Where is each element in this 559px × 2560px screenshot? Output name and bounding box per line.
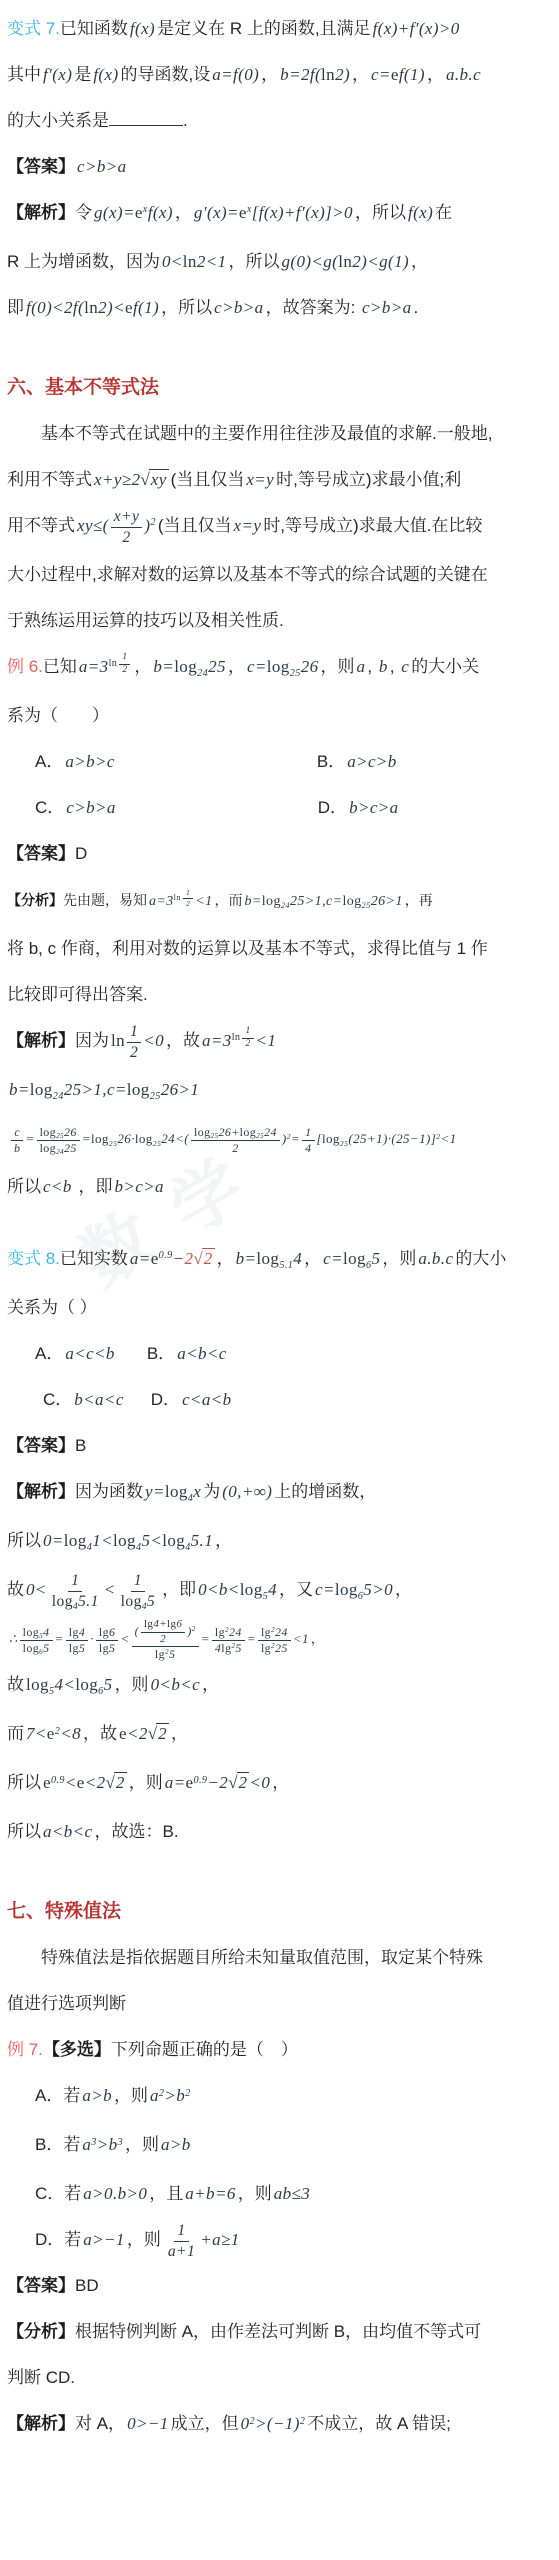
fraction-denominator: 4lg25 <box>212 1641 245 1656</box>
superscript: 3 <box>91 2137 97 2148</box>
subscript: 6 <box>39 1648 43 1656</box>
fraction-denominator: 2 <box>242 1039 253 1051</box>
math-fragment: a.b.c <box>416 1249 455 1268</box>
fraction-numerator: 1 <box>242 1026 253 1039</box>
radical-sign-icon: √ <box>140 470 148 489</box>
math-fragment: y=log4x <box>143 1482 203 1501</box>
radicand: 2 <box>156 1723 169 1743</box>
roman-text: log <box>240 1580 263 1599</box>
superscript: x <box>247 204 252 215</box>
bracket-bold-label: 【解析】 <box>7 1482 75 1501</box>
math-fragment: a<b<c <box>41 1822 95 1841</box>
variation-8-line-5: 【答案】B <box>7 1423 553 1469</box>
roman-text: lg <box>144 1618 153 1630</box>
roman-text: log <box>52 1593 73 1610</box>
math-fragment: 0=log41<log45<log45.1 <box>41 1531 215 1550</box>
math-fragment: f(x) <box>406 203 435 222</box>
math-fragment: b=2f(ln2) <box>278 65 352 84</box>
sqrt-expression: √2 <box>193 1248 214 1268</box>
section-six-heading-line-1: 六、基本不等式法 <box>7 365 553 411</box>
roman-text: log <box>335 1580 358 1599</box>
spacer <box>7 2100 35 2101</box>
superscript: 2 <box>231 1642 235 1650</box>
bracket-bold-label: 【答案】 <box>7 2276 75 2295</box>
roman-text: ln <box>109 658 118 669</box>
method-seven-intro-line-2: 值进行选项判断 <box>7 1981 553 2027</box>
example-6-line-3: A．a>b>cB．a>c>b <box>7 739 553 785</box>
spacer <box>7 812 35 813</box>
roman-text: e <box>391 65 399 84</box>
math-fragment: f(x) <box>128 19 157 38</box>
spacer <box>117 1358 147 1359</box>
roman-text: lg <box>69 1641 79 1655</box>
roman-text: e <box>43 1773 51 1792</box>
variation-7-line-5: 【解析】令g(x)=exf(x)，g′(x)=ex[f(x)+f′(x)]>0，… <box>7 190 553 239</box>
fraction-numerator: lg224 <box>212 1625 245 1641</box>
radicand: xy <box>149 469 169 489</box>
roman-text: log <box>165 1482 188 1501</box>
math-fragment: a=3ln12 <box>77 657 135 676</box>
subscript: 25 <box>290 668 301 679</box>
method-six-intro-line-5: 于熟练运用运算的技巧以及相关性质. <box>7 598 553 644</box>
roman-text: lg <box>215 1625 225 1639</box>
roman-text: ln <box>232 1032 241 1043</box>
math-fragment: 0<1log45.1<1log45 <box>24 1580 162 1599</box>
roman-text: log <box>174 657 197 676</box>
variation-7-line-4: 【答案】c>b>a <box>7 144 553 190</box>
superscript: 0.9 <box>51 1775 65 1786</box>
subscript: 4 <box>87 1542 93 1553</box>
fraction-numerator: 1 <box>68 1571 82 1592</box>
sqrt-expression: √2 <box>106 1772 127 1792</box>
fraction-numerator: log2526+log2524 <box>191 1125 280 1141</box>
example-label: 例 6. <box>7 657 43 676</box>
math-fragment: c=ef(1) <box>369 65 427 84</box>
roman-text: e <box>135 203 143 222</box>
math-fragment: a<c<b <box>63 1344 117 1363</box>
fraction: log2526+log25242 <box>191 1125 280 1156</box>
roman-text: log <box>262 894 281 909</box>
fraction: lg4+lg62 <box>141 1618 185 1647</box>
fraction: 12 <box>127 1022 141 1062</box>
roman-text: e <box>47 1724 55 1743</box>
spacer <box>7 1404 43 1405</box>
variation-8-line-1: 变式 8.已知实数a=e0.9−2√2，b=log5.14，c=log65，则a… <box>7 1236 553 1285</box>
fraction-denominator: 4 <box>302 1141 314 1156</box>
roman-text: log <box>91 1131 109 1146</box>
math-fragment: c>b>a <box>212 298 266 317</box>
subscript: 5 <box>49 1686 55 1697</box>
example-7-line-2: A．若a>b，则a2>b2 <box>7 2073 553 2122</box>
variation-8: 变式 8.已知实数a=e0.9−2√2，b=log5.14，c=log65，则a… <box>7 1236 553 1855</box>
fraction-denominator: 2 <box>183 899 193 909</box>
radicand: 2 <box>114 1772 127 1792</box>
example-6-line-12: 所以c<b ，即b>c>a <box>7 1164 553 1210</box>
roman-text: log <box>127 1080 150 1099</box>
roman-text: log <box>322 1131 340 1146</box>
bracket-bold-label: 【解析】 <box>7 203 75 222</box>
red-highlight: 2√2 <box>184 1248 214 1268</box>
document-page: 数学 变式 7.已知函数f(x)是定义在 R 上的函数,且满足f(x)+f′(x… <box>0 0 559 2560</box>
bracket-bold-label: 【多选】 <box>43 2040 111 2059</box>
spacer <box>7 766 35 767</box>
fraction-denominator: 2 <box>229 1141 241 1156</box>
subscript: 25 <box>340 1139 349 1148</box>
fraction: cb <box>11 1125 23 1156</box>
superscript: 2 <box>225 1626 229 1634</box>
roman-text: log <box>162 1531 185 1550</box>
math-fragment: b=log2425>1,c=log2526>1 <box>7 1080 201 1099</box>
roman-text: lg <box>167 1618 176 1630</box>
fraction-denominator: log45.1 <box>49 1592 102 1612</box>
math-fragment: a=3ln12<1 <box>200 1031 278 1050</box>
math-fragment: g(0)<g(ln2)<g(1) <box>279 252 411 271</box>
fraction-numerator: 1 <box>302 1125 314 1141</box>
variation-8-line-11: 而7<e2<8，故e<2√2， <box>7 1711 553 1760</box>
fraction-numerator: lg6 <box>96 1625 119 1641</box>
roman-text: lg <box>155 1647 165 1661</box>
math-fragment: a=f(0) <box>210 65 261 84</box>
subscript: 25 <box>153 1139 162 1148</box>
spacer <box>126 1404 151 1405</box>
fraction: log2526log2425 <box>37 1125 80 1156</box>
variation-7-line-6: R 上为增函数，因为0<ln2<1，所以g(0)<g(ln2)<g(1)， <box>7 239 553 285</box>
example-7: 例 7.【多选】下列命题正确的是（ ）A．若a>b，则a2>b2B．若a3>b3… <box>7 2027 553 2450</box>
method-seven-intro-line-1: 特殊值法是指依据题目所给未知量取值范围，取定某个特殊 <box>7 1935 553 1981</box>
spacer <box>7 2244 35 2245</box>
math-fragment: 0>−1 <box>125 2414 171 2433</box>
subscript: 6 <box>98 1686 104 1697</box>
radical-sign-icon: √ <box>228 1773 236 1792</box>
fraction-denominator: log65 <box>20 1641 53 1656</box>
math-fragment: b>c>a <box>112 1177 166 1196</box>
roman-text: log <box>113 1531 136 1550</box>
example-7-line-5: D．若a>−1，则1a+1+a≥1 <box>7 2217 553 2263</box>
math-fragment: xy≤(x+y2)2 <box>75 516 158 535</box>
roman-text: log <box>40 1141 56 1155</box>
example-6-line-1: 例 6.已知a=3ln12，b=log2425，c=log2526，则a, b,… <box>7 644 553 693</box>
subscript: 6 <box>366 1260 372 1271</box>
fraction: 1log45 <box>118 1571 158 1611</box>
math-fragment: a3>b3 <box>80 2135 125 2154</box>
math-fragment: cb=log2526log2425=log2526·log2524<(log25… <box>7 1131 459 1146</box>
roman-text: log <box>240 1125 256 1139</box>
roman-text: e <box>151 1249 159 1268</box>
math-fragment: a>c>b <box>345 752 399 771</box>
example-7-line-9: 【解析】对 A，0>−1成立，但02>(−1)2不成立，故 A 错误; <box>7 2401 553 2450</box>
math-fragment: f(x)+f′(x)>0 <box>371 19 462 38</box>
roman-text: ln <box>183 252 197 271</box>
fraction: lg4lg5 <box>66 1625 89 1656</box>
superscript: 2 <box>55 1726 61 1737</box>
math-fragment: b>c>a <box>347 798 401 817</box>
superscript: 3 <box>118 2137 124 2148</box>
superscript: x <box>143 204 148 215</box>
example-6-line-11: cb=log2526log2425=log2526·log2524<(log25… <box>7 1116 553 1164</box>
subscript: 4 <box>185 1542 191 1553</box>
math-fragment: ∴log54log65=lg4lg5·lg6lg5<(lg4+lg62)2lg2… <box>7 1631 311 1646</box>
fraction-numerator: 1 <box>119 652 130 665</box>
subscript: 24 <box>197 668 208 679</box>
superscript: 2 <box>271 1626 275 1634</box>
subscript: 25 <box>256 1132 264 1140</box>
fraction-numerator: 1 <box>131 1571 145 1592</box>
roman-text: log <box>267 657 290 676</box>
bracket-bold-label: 【分析】 <box>7 892 63 908</box>
fraction-denominator: log2425 <box>37 1141 80 1156</box>
math-fragment: x=y <box>244 470 276 489</box>
document-content: 变式 7.已知函数f(x)是定义在 R 上的函数,且满足f(x)+f′(x)>0… <box>7 6 553 2450</box>
variation-8-line-12: 所以e0.9<e<2√2，则a=e0.9−2√2<0， <box>7 1760 553 1809</box>
math-fragment: f(x) <box>91 65 120 84</box>
fraction-denominator: a+1 <box>165 2242 198 2262</box>
math-fragment: a>−1 <box>81 2230 127 2249</box>
superscript: ln12 <box>109 658 133 669</box>
fraction: 12 <box>183 888 193 908</box>
example-7-line-7: 【分析】根据特例判断 A，由作差法可判断 B，由均值不等式可 <box>7 2309 553 2355</box>
roman-text: ln <box>84 298 98 317</box>
method-six-intro-line-1: 基本不等式在试题中的主要作用往往涉及最值的求解.一般地, <box>7 411 553 457</box>
roman-text: lg <box>261 1641 271 1655</box>
fraction: (lg4+lg62)2lg25 <box>132 1618 199 1662</box>
sqrt-expression: √xy <box>140 469 168 489</box>
fraction-numerator: c <box>11 1125 23 1141</box>
example-6-line-5: 【答案】D <box>7 831 553 877</box>
superscript: 2 <box>250 2416 256 2427</box>
roman-text: log <box>135 1131 153 1146</box>
fraction-denominator: lg5 <box>66 1641 89 1656</box>
fraction-denominator: 2 <box>157 1633 169 1647</box>
math-fragment: 0<b<c <box>149 1675 203 1694</box>
variation-8-line-6: 【解析】因为函数y=log4x为(0,+∞)上的增函数， <box>7 1469 553 1518</box>
math-fragment: ln12<0 <box>109 1031 166 1050</box>
superscript: 0.9 <box>193 1775 207 1786</box>
subscript: 4 <box>142 1602 147 1612</box>
roman-text: lg <box>261 1625 271 1639</box>
math-fragment: a=e0.9−2√2 <box>128 1249 217 1268</box>
subscript: 5.1 <box>279 1260 293 1271</box>
example-6-line-2: 系为（ ） <box>7 693 553 739</box>
math-fragment: a=e0.9−2√2<0 <box>163 1773 272 1792</box>
math-fragment: e<2√2 <box>117 1724 171 1743</box>
sqrt-expression: √2 <box>148 1723 169 1743</box>
fraction: log54log65 <box>20 1625 53 1656</box>
fraction-numerator: log2526 <box>37 1125 80 1141</box>
bracket-bold-label: 【分析】 <box>7 2322 75 2341</box>
method-seven-intro: 特殊值法是指依据题目所给未知量取值范围，取定某个特殊值进行选项判断 <box>7 1935 553 2027</box>
superscript: ln12 <box>174 893 196 902</box>
roman-text: log <box>26 1675 49 1694</box>
subscript: 4 <box>73 1602 78 1612</box>
subscript: 24 <box>56 1148 64 1156</box>
method-six-intro-line-4: 大小过程中,求解对数的运算以及基本不等式的综合试题的关键在 <box>7 552 553 598</box>
fraction-denominator: 2 <box>119 528 133 548</box>
fraction: 14 <box>302 1125 314 1156</box>
fraction: lg6lg5 <box>96 1625 119 1656</box>
math-fragment: c=log2526 <box>245 657 321 676</box>
math-fragment: g′(x)=ex[f(x)+f′(x)]>0 <box>192 203 355 222</box>
math-fragment: 7<e2<8 <box>24 1724 83 1743</box>
example-7-line-1: 例 7.【多选】下列命题正确的是（ ） <box>7 2027 553 2073</box>
roman-text: log <box>342 894 361 909</box>
radicand: 2 <box>237 1772 250 1792</box>
superscript: 2 <box>165 1648 169 1656</box>
method-six-intro: 基本不等式在试题中的主要作用往往涉及最值的求解.一般地,利用不等式x+y≥2√x… <box>7 411 553 644</box>
math-fragment: e0.9<e<2√2 <box>41 1773 129 1792</box>
superscript: 0.9 <box>159 1250 173 1261</box>
subscript: 25 <box>150 1091 161 1102</box>
fraction: lg2244lg25 <box>212 1625 245 1656</box>
variation-label: 变式 7. <box>7 19 60 38</box>
superscript: 2 <box>185 2088 191 2099</box>
subscript: 25 <box>210 1132 218 1140</box>
section-six-heading: 六、基本不等式法 <box>7 365 553 411</box>
math-fragment: c<b <box>41 1177 74 1196</box>
roman-text: log <box>23 1625 39 1639</box>
spacer <box>7 2198 35 2199</box>
math-fragment: a.b.c <box>444 65 483 84</box>
fraction-denominator: 2 <box>119 665 130 677</box>
example-6-line-8: 比较即可得出答案. <box>7 972 553 1018</box>
math-fragment: g(x)=exf(x) <box>92 203 175 222</box>
method-six-intro-line-2: 利用不等式x+y≥2√xy(当且仅当x=y时,等号成立)求最小值;利 <box>7 457 553 503</box>
roman-text: log <box>64 1531 87 1550</box>
fraction-numerator: x+y <box>111 507 143 528</box>
fraction-numerator: lg4 <box>66 1625 89 1641</box>
roman-text: log <box>194 1125 210 1139</box>
radical-sign-icon: √ <box>148 1724 156 1743</box>
math-fragment: a>b>c <box>63 752 117 771</box>
roman-text: log <box>40 1125 56 1139</box>
roman-text: log <box>343 1249 366 1268</box>
fraction-denominator: b <box>11 1141 23 1156</box>
math-fragment: b=log5.14 <box>234 1249 305 1268</box>
variation-7-line-7: 即f(0)<2f(ln2)<ef(1)，所以c>b>a，故答案为: c>b>a. <box>7 285 553 331</box>
superscript: 2 <box>192 1625 196 1633</box>
bracket-bold-label: 【答案】 <box>7 1436 75 1455</box>
superscript: 2 <box>150 517 156 528</box>
superscript: 2 <box>287 1132 291 1141</box>
superscript: 2 <box>436 1132 440 1141</box>
math-fragment: 0<ln2<1 <box>160 252 228 271</box>
example-7-line-4: C．若a>0.b>0，且a+b=6，则ab≤3 <box>7 2171 553 2217</box>
math-fragment: c>b>a <box>360 298 414 317</box>
variation-8-line-10: 故log54<log65，则0<b<c， <box>7 1662 553 1711</box>
fraction: 12 <box>119 652 130 676</box>
example-7-line-6: 【答案】BD <box>7 2263 553 2309</box>
math-fragment: c>b>a <box>75 157 129 176</box>
math-fragment: x=y <box>232 516 264 535</box>
fraction-numerator: log54 <box>20 1625 53 1641</box>
roman-text: e <box>119 1724 127 1743</box>
math-fragment: b <box>377 657 390 676</box>
subscript: 25 <box>362 901 371 910</box>
roman-text: log <box>121 1593 142 1610</box>
fraction-denominator: lg5 <box>96 1641 119 1656</box>
math-fragment: c>b>a <box>64 798 118 817</box>
fraction-denominator: 2 <box>127 1043 141 1063</box>
example-6-line-6: 【分析】先由题，易知a=3ln12<1，而b=log2425>1,c=log25… <box>7 877 553 926</box>
variation-8-line-9: ∴log54log65=lg4lg5·lg6lg5<(lg4+lg62)2lg2… <box>7 1616 553 1662</box>
fraction-denominator: lg25 <box>152 1647 178 1662</box>
spacer <box>118 812 318 813</box>
math-fragment: f′(x) <box>41 65 74 84</box>
fraction-denominator: lg225 <box>258 1641 291 1656</box>
subscript: 6 <box>358 1591 364 1602</box>
fraction-numerator: lg224 <box>258 1625 291 1641</box>
subscript: 4 <box>188 1493 194 1504</box>
bracket-bold-label: 【答案】 <box>7 157 75 176</box>
subscript: 25 <box>109 1139 118 1148</box>
variation-7-line-2: 其中f′(x)是f(x)的导函数,设a=f(0)，b=2f(ln2)，c=ef(… <box>7 52 553 98</box>
subscript: 4 <box>136 1542 142 1553</box>
fraction: 1a+1 <box>165 2221 198 2261</box>
math-fragment: b=log2425 <box>151 657 228 676</box>
roman-text: log <box>23 1641 39 1655</box>
example-6-line-4: C．c>b>aD．b>c>a <box>7 785 553 831</box>
fraction-numerator: 1 <box>183 888 193 899</box>
variation-8-line-13: 所以a<b<c，故选：B. <box>7 1809 553 1855</box>
example-6-line-10: b=log2425>1,c=log2526>1 <box>7 1067 553 1116</box>
roman-text: e <box>77 1773 85 1792</box>
math-fragment: 1a+1+a≥1 <box>161 2230 242 2249</box>
fraction-numerator: 1 <box>127 1022 141 1043</box>
superscript: 2 <box>300 2416 306 2427</box>
method-six-intro-line-3: 用不等式xy≤(x+y2)2(当且仅当x=y时,等号成立)求最大值.在比较 <box>7 503 553 552</box>
bracket-bold-label: 【解析】 <box>7 1031 75 1050</box>
variation-7: 变式 7.已知函数f(x)是定义在 R 上的函数,且满足f(x)+f′(x)>0… <box>7 6 553 331</box>
variation-8-line-3: A．a<c<bB．a<b<c <box>7 1331 553 1377</box>
math-fragment: a>0.b>0 <box>81 2184 149 2203</box>
roman-text: e <box>239 203 247 222</box>
spacer <box>7 1358 35 1359</box>
math-fragment: f(0)<2f(ln2)<ef(1) <box>24 298 161 317</box>
subscript: 5 <box>39 1632 43 1640</box>
math-fragment: c=log65>0 <box>313 1580 395 1599</box>
math-fragment: c <box>399 657 411 676</box>
variation-8-line-2: 关系为（ ） <box>7 1285 553 1331</box>
example-6-line-7: 将 b, c 作商，利用对数的运算以及基本不等式，求得比值与 1 作 <box>7 926 553 972</box>
roman-text: log <box>30 1080 53 1099</box>
roman-text: lg <box>69 1625 79 1639</box>
superscript: ln12 <box>232 1032 256 1043</box>
fraction: lg224lg225 <box>258 1625 291 1656</box>
math-fragment: a<b<c <box>175 1344 229 1363</box>
roman-text: ln <box>338 252 352 271</box>
radicand: 2 <box>202 1248 215 1268</box>
roman-text: log <box>75 1675 98 1694</box>
math-fragment: c<a<b <box>180 1390 234 1409</box>
fraction-numerator: 1 <box>174 2221 188 2242</box>
math-fragment: x+y≥2√xy <box>92 470 171 489</box>
math-fragment: a=3ln12<1 <box>147 894 215 909</box>
subscript: 25 <box>56 1132 64 1140</box>
math-fragment: (0,+∞) <box>220 1482 274 1501</box>
math-fragment: a+b=6 <box>183 2184 237 2203</box>
fraction: 12 <box>242 1026 253 1050</box>
example-label: 例 7. <box>7 2040 43 2059</box>
math-fragment: a>b <box>159 2135 193 2154</box>
variation-8-line-8: 故0<1log45.1<1log45，即0<b<log54，又c=log65>0… <box>7 1567 553 1616</box>
math-fragment: 02>(−1)2 <box>239 2414 308 2433</box>
variation-label: 变式 8. <box>7 1249 60 1268</box>
fraction: 1log45.1 <box>49 1571 102 1611</box>
math-fragment: a>b <box>80 2086 114 2105</box>
roman-text: lg <box>99 1625 109 1639</box>
roman-text: ln <box>111 1031 125 1050</box>
section-seven-heading: 七、特殊值法 <box>7 1889 553 1935</box>
section-seven-heading-line-1: 七、特殊值法 <box>7 1889 553 1935</box>
